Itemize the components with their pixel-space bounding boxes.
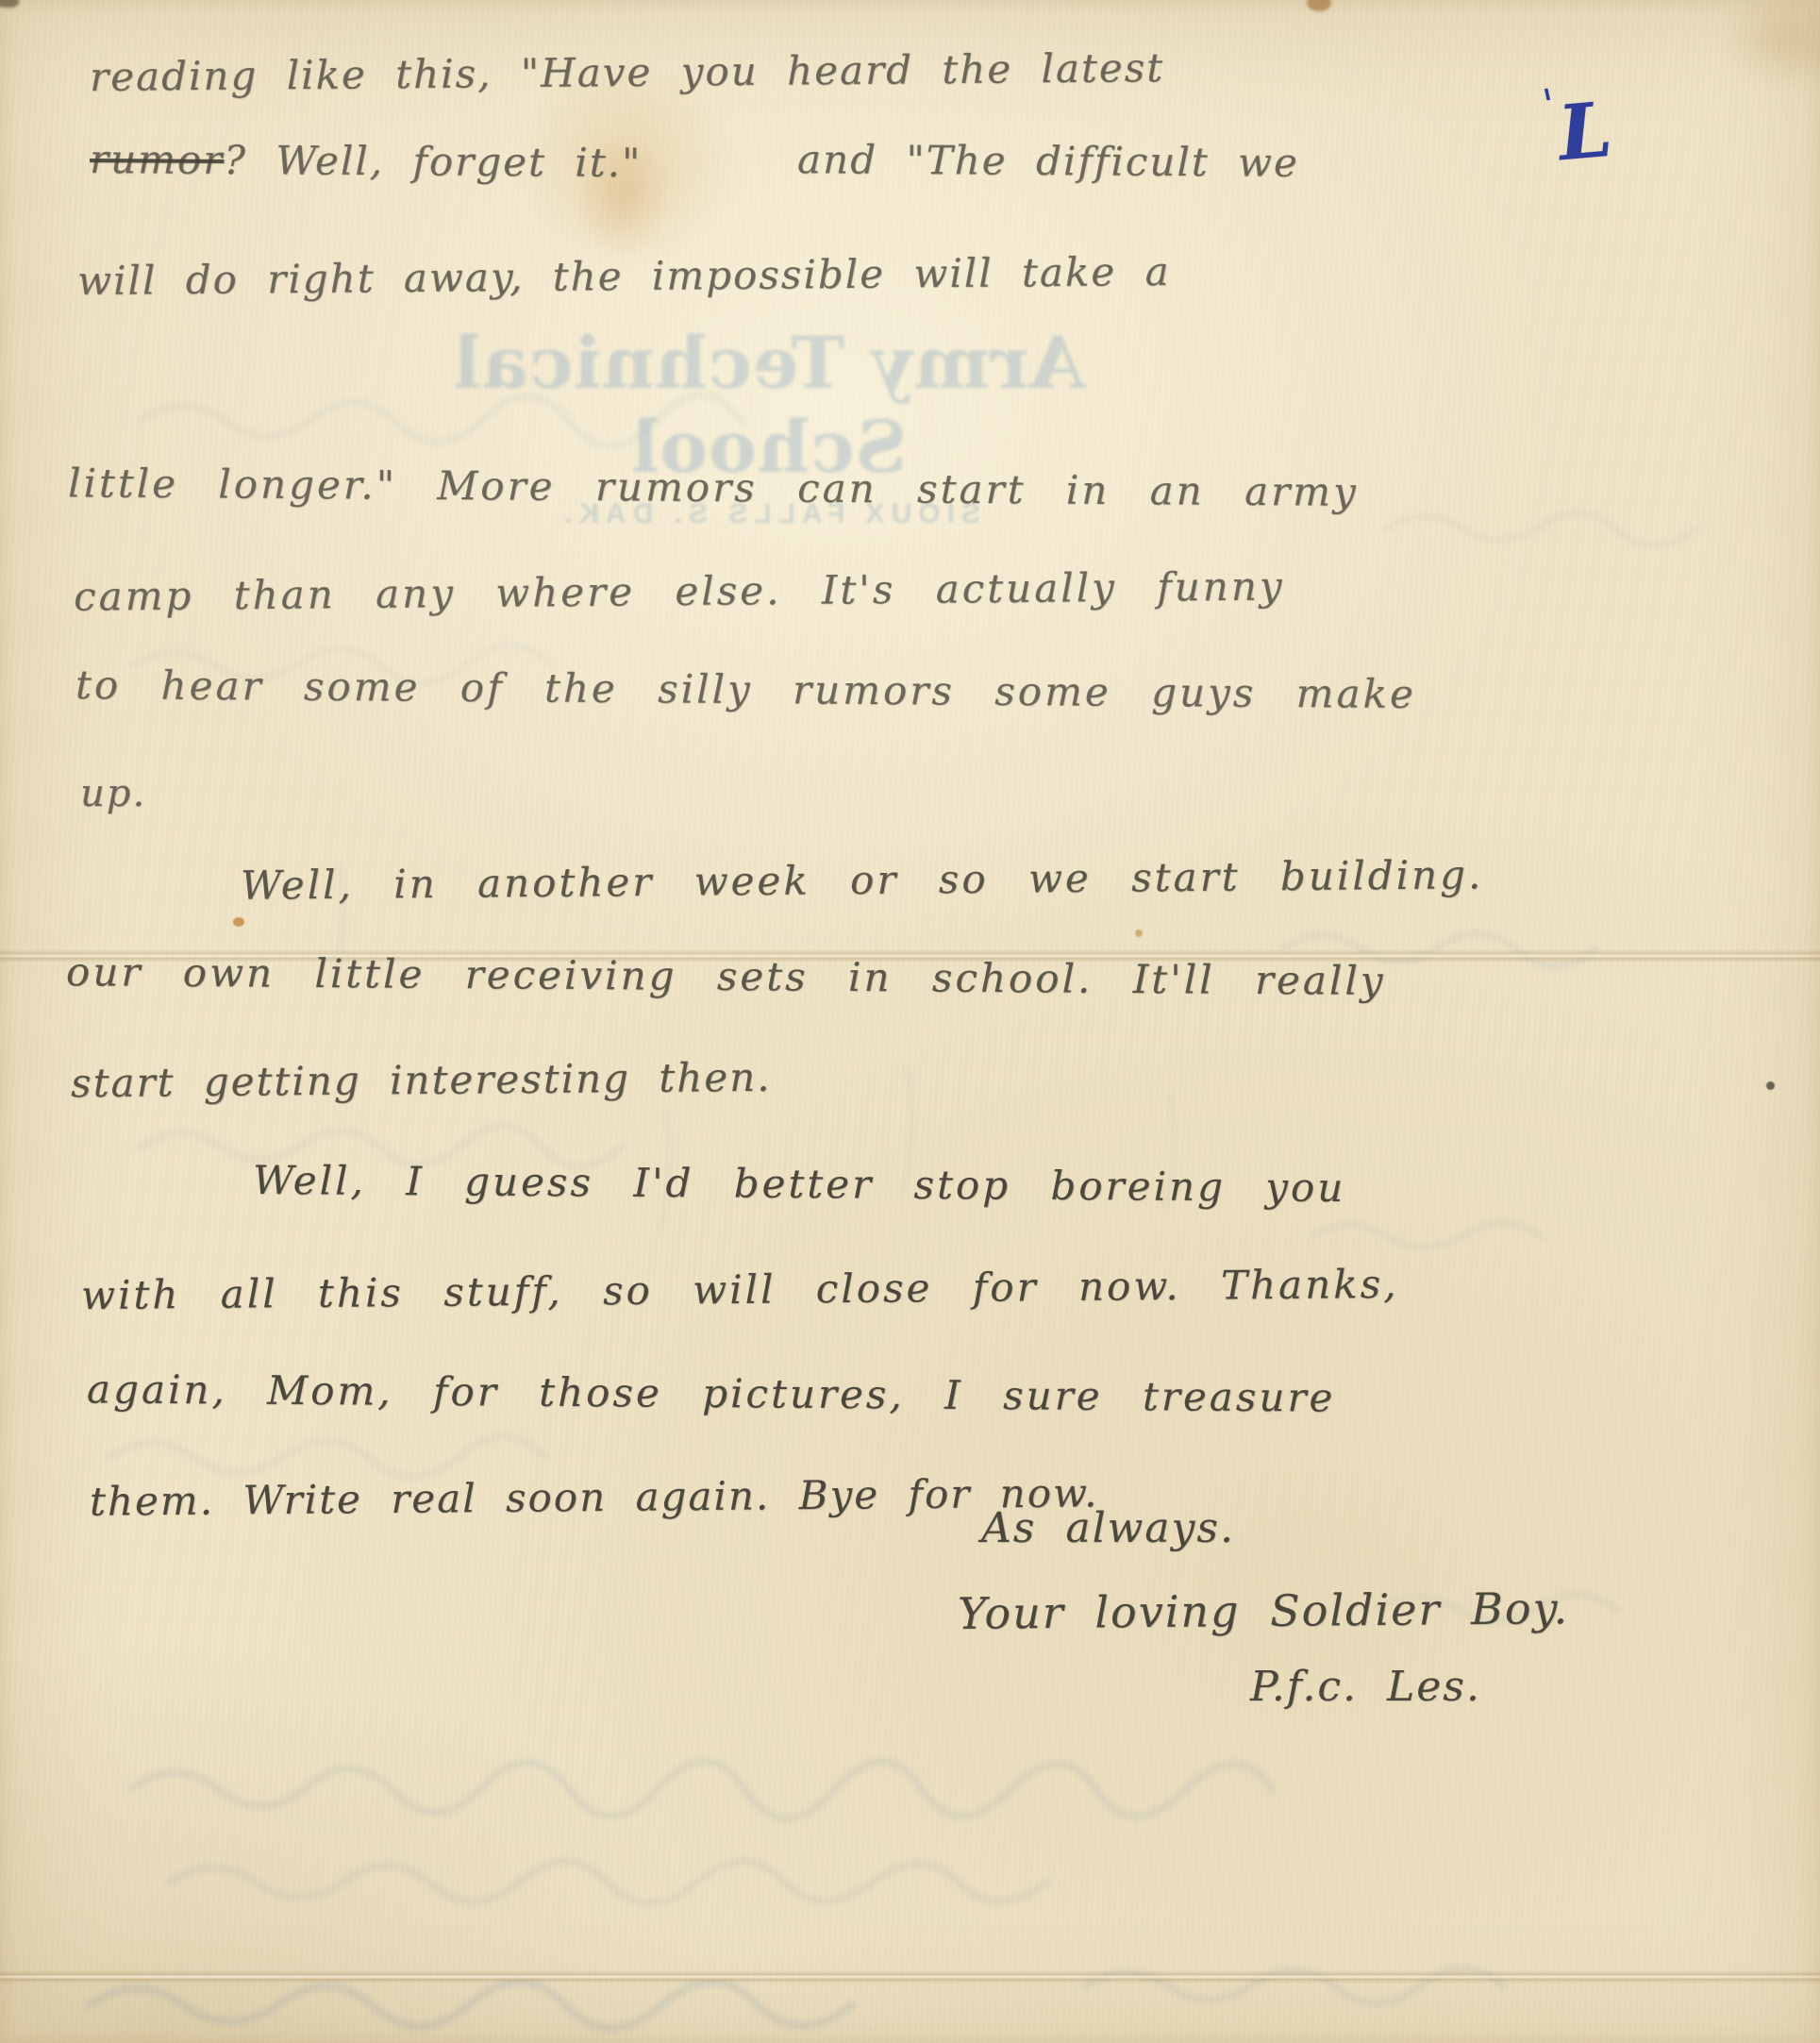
- letter-line-07: up.: [80, 772, 146, 815]
- letter-line-13: again, Mom, for those pictures, I sure t…: [87, 1365, 1336, 1420]
- letter-line-08: Well, in another week or so we start bui…: [241, 851, 1484, 908]
- letter-line-10: start getting interesting then.: [71, 1054, 772, 1106]
- crossed-out-word: rumor: [90, 136, 225, 183]
- paper-stain: [1307, 0, 1331, 11]
- stray-pencil-dot: [1766, 1081, 1775, 1090]
- closing-valediction: As always.: [981, 1504, 1235, 1552]
- rust-spot: [1135, 929, 1143, 937]
- letter-scan-page: Army Technical School SIOUX FALLS S. DAK…: [0, 0, 1820, 2043]
- letter-line-12: with all this stuff, so will close for n…: [81, 1261, 1399, 1318]
- blue-ink-mark: L: [1555, 85, 1615, 178]
- letter-line-11: Well, I guess I'd better stop boreing yo…: [253, 1157, 1346, 1211]
- bleedthrough-handwriting: [0, 0, 1820, 2043]
- signature-line-1: Your loving Soldier Boy.: [958, 1582, 1569, 1639]
- rust-spot: [233, 917, 244, 927]
- paper-stain: [1689, 0, 1820, 113]
- letter-line-03: will do right away, the impossible will …: [77, 248, 1171, 304]
- fold-crease: [0, 1970, 1820, 1984]
- paper-nick: [0, 0, 19, 8]
- letter-line-09: our own little receiving sets in school.…: [66, 948, 1386, 1004]
- letter-line-02a: rumor? Well, forget it.": [90, 136, 643, 186]
- signature-line-2: P.f.c. Les.: [1250, 1663, 1481, 1711]
- letter-line-02b: and "The difficult we: [797, 136, 1299, 186]
- letter-line-02a-rest: ? Well, forget it.": [224, 137, 642, 186]
- letter-line-06: to hear some of the silly rumors some gu…: [75, 661, 1416, 717]
- letter-line-01: reading like this, "Have you heard the l…: [90, 44, 1164, 100]
- letter-line-05: camp than any where else. It's actually …: [74, 562, 1285, 619]
- letter-line-04: little longer." More rumors can start in…: [68, 460, 1359, 515]
- letter-line-14: them. Write real soon again. Bye for now…: [90, 1469, 1099, 1524]
